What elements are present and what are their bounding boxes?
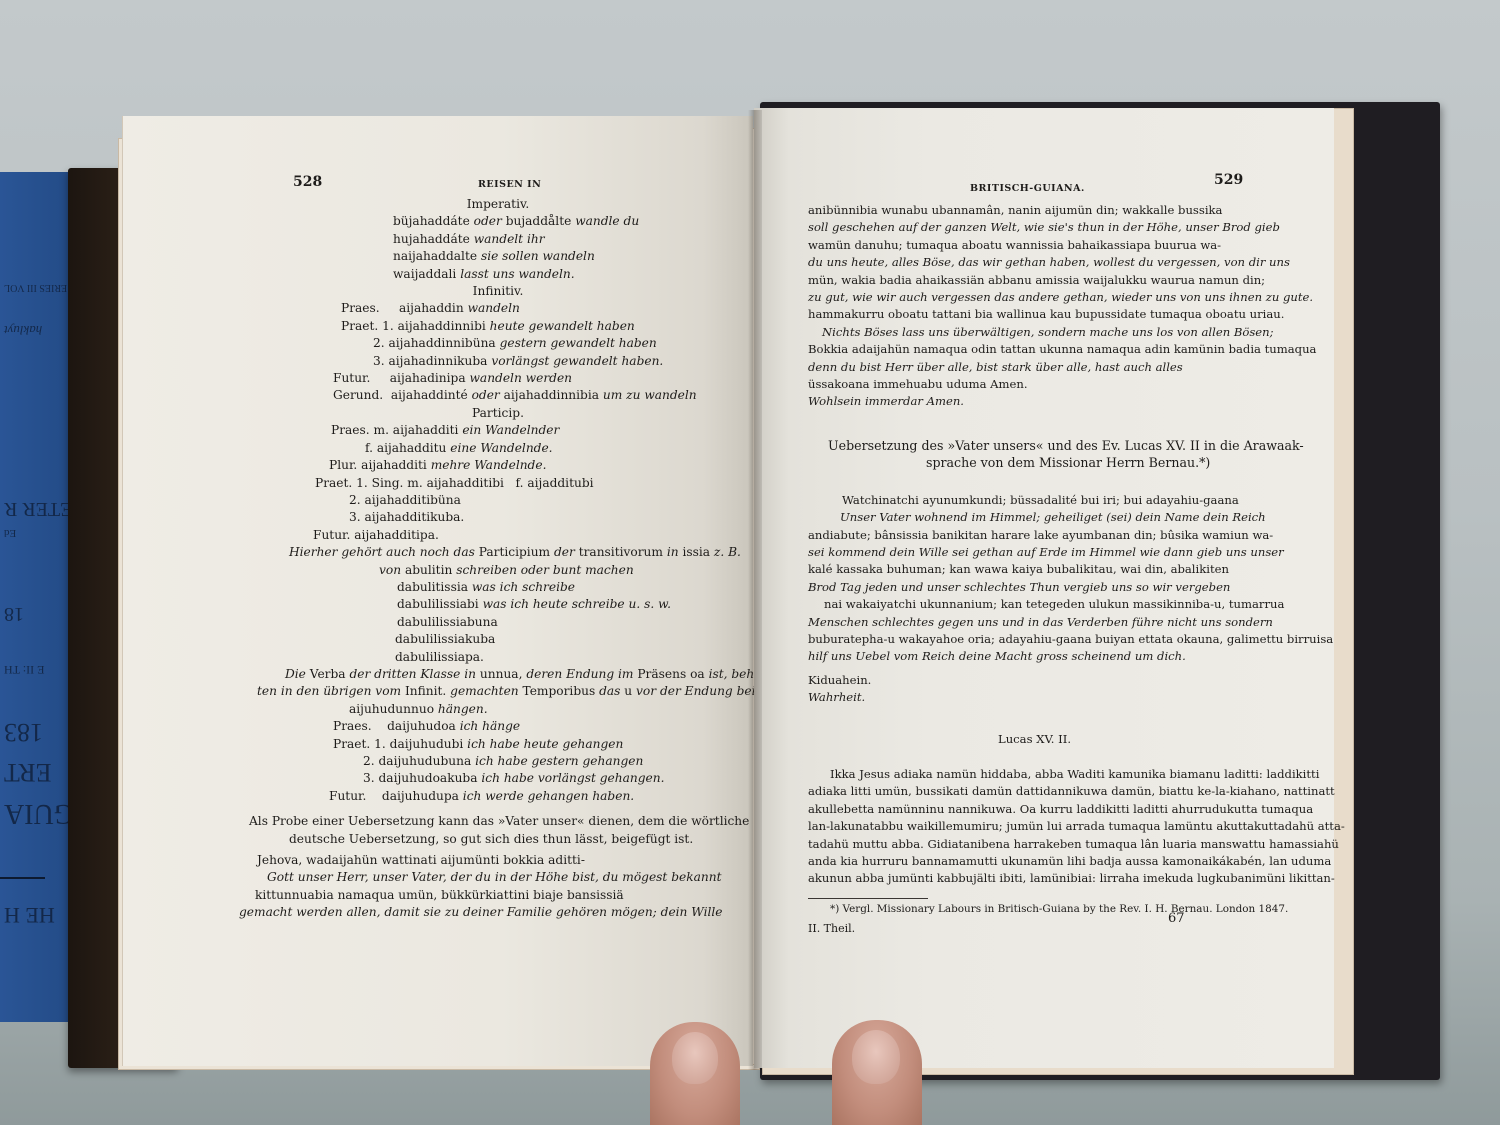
lucas-line: akullebetta namünninu nannikuwa. Oa kurr… [808, 801, 1288, 818]
text-line: Plur. aijahadditi mehre Wandelnde. [329, 457, 733, 474]
thumbnail [672, 1032, 718, 1084]
text-line: dabulilissiabi was ich heute schreibe u.… [397, 596, 733, 613]
arawak-line: andiabute; bânsissia banikitan harare la… [808, 527, 1288, 544]
text-line: Futur. aijahadditipa. [313, 527, 733, 544]
arawak-translation-line: Wahrheit. [808, 689, 1288, 706]
left-page: 528 REISEN IN Imperativ. büjahaddáte ode… [122, 116, 753, 1066]
arawak-line: nai wakaiyatchi ukunnanium; kan tetegede… [824, 596, 1288, 613]
blue-book-text: GUIA [4, 797, 74, 829]
lucas-line: lan-lakunatabbu waikillemumiru; jumün lu… [808, 818, 1288, 835]
text-line: aijuhudunnuo hängen. [349, 701, 733, 718]
arawak-translation-line: Menschen schlechtes gegen uns und in das… [808, 614, 1288, 631]
text-line: Praes. daijuhudoa ich hänge [333, 718, 733, 735]
lucas-line: adiaka litti umün, bussikati damün datti… [808, 783, 1288, 800]
text-line: Praet. 1. Sing. m. aijahadditibi f. aija… [315, 475, 733, 492]
prayer-translation-line: Nichts Böses lass uns überwältigen, sond… [822, 324, 1288, 341]
arawak-line: kalé kassaka buhuman; kan wawa kaiya bub… [808, 561, 1288, 578]
lucas-line: tadahü muttu abba. Gidiatanibena harrake… [808, 836, 1288, 853]
prayer-translation-line: soll geschehen auf der ganzen Welt, wie … [808, 219, 1288, 236]
text-line: 2. aijahaddinnibüna gestern gewandelt ha… [373, 335, 733, 352]
text-line: Die Verba der dritten Klasse in unnua, d… [285, 666, 733, 683]
right-page-body: anibünnibia wunabu ubannamân, nanin aiju… [808, 202, 1288, 936]
arawak-translation-line: Unser Vater wohnend im Himmel; geheilige… [840, 509, 1288, 526]
blue-book-rule [0, 877, 45, 879]
text-line: Praet. 1. daijuhudubi ich habe heute geh… [333, 736, 733, 753]
blue-book-text: 18 [4, 602, 24, 625]
text-line: naijahaddalte sie sollen wandeln [393, 248, 733, 265]
prayer-line: hammakurru oboatu tattani bia wallinua k… [808, 306, 1288, 323]
thumbnail [852, 1030, 900, 1084]
text-line: Gott unser Herr, unser Vater, der du in … [267, 869, 733, 886]
text-line: dabulilissiapa. [395, 649, 733, 666]
arawak-line: Kiduahein. [808, 672, 1288, 689]
prayer-line: üssakoana immehuabu uduma Amen. [808, 376, 1288, 393]
text-line: gemacht werden allen, damit sie zu deine… [239, 904, 733, 921]
text-line: 3. aijahadinnikuba vorlängst gewandelt h… [373, 353, 733, 370]
lucas-line: anda kia hurruru bannamamutti ukunamün l… [808, 853, 1288, 870]
text-line: Praes. m. aijahadditi ein Wandelnder [331, 422, 733, 439]
section-heading: sprache von dem Missionar Herrn Bernau.*… [926, 454, 1288, 471]
arawak-line: buburatepha-u wakayahoe oria; adayahiu-g… [808, 631, 1288, 648]
blue-book-text: E II: TH [4, 662, 44, 677]
book-gutter [748, 110, 762, 1070]
text-line: Praes. aijahaddin wandeln [341, 300, 733, 317]
right-page: BRITISCH-GUIANA. 529 anibünnibia wunabu … [754, 108, 1334, 1068]
prayer-line: Bokkia adaijahün namaqua odin tattan uku… [808, 341, 1288, 358]
blue-book-text: HE H [4, 902, 55, 928]
prayer-line: anibünnibia wunabu ubannamân, nanin aiju… [808, 202, 1288, 219]
text-line: dabulilissiakuba [395, 631, 733, 648]
text-line: 2. daijuhudubuna ich habe gestern gehang… [363, 753, 733, 770]
blue-book-text: hakluyt [4, 322, 42, 338]
footnote: *) Vergl. Missionary Labours in Britisch… [830, 901, 1288, 918]
text-line: dabulitissia was ich schreibe [397, 579, 733, 596]
signature-row: II. Theil. 67 [808, 918, 1288, 936]
arawak-line: Watchinatchi ayunumkundi; büssadalité bu… [842, 492, 1288, 509]
text-line: deutsche Uebersetzung, so gut sich dies … [289, 831, 733, 848]
blue-book-text: 183 [4, 717, 43, 747]
signature-mark: 67 [1168, 910, 1185, 927]
text-line: ten in den übrigen vom Infinit. gemachte… [257, 683, 733, 700]
running-head: REISEN IN [478, 176, 541, 193]
blue-book-text: Ed [4, 527, 16, 539]
text-line: Praet. 1. aijahaddinnibi heute gewandelt… [341, 318, 733, 335]
prayer-line: wamün danuhu; tumaqua aboatu wannissia b… [808, 237, 1288, 254]
text-line: dabulilissiabuna [397, 614, 733, 631]
section-title: Lucas XV. II. [998, 731, 1288, 748]
blue-book-text: ERT [4, 757, 52, 787]
footnote-rule [808, 898, 928, 899]
prayer-translation-line: Wohlsein immerdar Amen. [808, 393, 1288, 410]
heading-infinitiv: Infinitiv. [263, 283, 733, 300]
left-thumb [650, 1022, 740, 1125]
page-number: 528 [293, 174, 322, 191]
text-line: f. aijahadditu eine Wandelnde. [365, 440, 733, 457]
right-thumb [832, 1020, 922, 1125]
running-head: BRITISCH-GUIANA. [970, 180, 1085, 197]
heading-particip: Particip. [263, 405, 733, 422]
lucas-line: Ikka Jesus adiaka namün hiddaba, abba Wa… [830, 766, 1288, 783]
section-heading: Uebersetzung des »Vater unsers« und des … [828, 437, 1288, 454]
signature-label: II. Theil. [808, 920, 855, 937]
prayer-translation-line: denn du bist Herr über alle, bist stark … [808, 359, 1288, 376]
text-line: 3. aijahadditikuba. [349, 509, 733, 526]
text-line: Futur. aijahadinipa wandeln werden [333, 370, 733, 387]
prayer-line: mün, wakia badia ahaikassiän abbanu amis… [808, 272, 1288, 289]
text-line: Als Probe einer Uebersetzung kann das »V… [249, 813, 733, 830]
text-line: kittunnuabia namaqua umün, bükkürkiattin… [255, 887, 733, 904]
arawak-translation-line: hilf uns Uebel vom Reich deine Macht gro… [808, 648, 1288, 665]
text-line: 3. daijuhudoakuba ich habe vorlängst geh… [363, 770, 733, 787]
blue-book-text: ERIES III VOL [4, 282, 67, 293]
text-line: Futur. daijuhudupa ich werde gehangen ha… [329, 788, 733, 805]
arawak-translation-line: sei kommend dein Wille sei gethan auf Er… [808, 544, 1288, 561]
page-number: 529 [1214, 172, 1243, 189]
text-line: von abulitin schreiben oder bunt machen [379, 562, 733, 579]
text-line: 2. aijahadditibüna [349, 492, 733, 509]
arawak-translation-line: Brod Tag jeden und unser schlechtes Thun… [808, 579, 1288, 596]
text-line: waijaddali lasst uns wandeln. [393, 266, 733, 283]
text-line: Jehova, wadaijahün wattinati aijumünti b… [257, 852, 733, 869]
prayer-translation-line: zu gut, wie wir auch vergessen das ander… [808, 289, 1288, 306]
lucas-line: akunun abba jumünti kabbujälti ibiti, la… [808, 870, 1288, 887]
text-line: Hierher gehört auch noch das Participium… [289, 544, 733, 561]
text-line: büjahaddáte oder bujaddålte wandle du [393, 213, 733, 230]
heading-imperativ: Imperativ. [263, 196, 733, 213]
prayer-translation-line: du uns heute, alles Böse, das wir gethan… [808, 254, 1288, 271]
text-line: hujahaddáte wandelt ihr [393, 231, 733, 248]
text-line: Gerund. aijahaddinté oder aijahaddinnibi… [333, 387, 733, 404]
left-page-body: Imperativ. büjahaddáte oder bujaddålte w… [233, 196, 733, 922]
